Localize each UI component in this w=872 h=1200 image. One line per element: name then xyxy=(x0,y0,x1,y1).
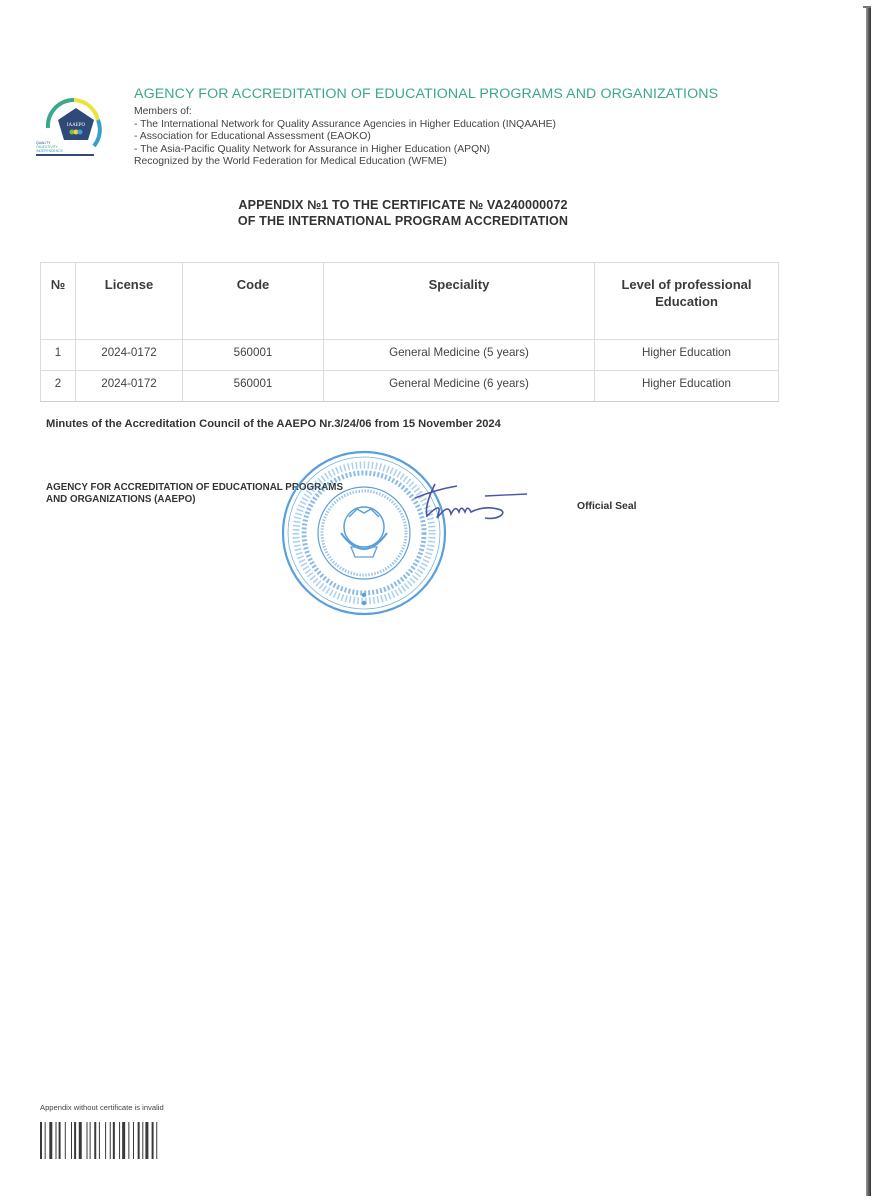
accreditation-table: № License Code Speciality Level of profe… xyxy=(40,262,779,402)
table-row: 2 2024-0172 560001 General Medicine (6 y… xyxy=(41,371,779,402)
title-line-2: OF THE INTERNATIONAL PROGRAM ACCREDITATI… xyxy=(0,214,806,230)
document-title: APPENDIX №1 TO THE CERTIFICATE № VA24000… xyxy=(0,198,806,229)
page-edge xyxy=(866,6,871,1196)
member-eaoko: - Association for Educational Assessment… xyxy=(134,131,556,144)
svg-text:IAAEPO: IAAEPO xyxy=(67,123,86,128)
handwritten-signature-icon xyxy=(405,478,535,528)
agency-title: AGENCY FOR ACCREDITATION OF EDUCATIONAL … xyxy=(134,86,718,102)
table-header-row: № License Code Speciality Level of profe… xyxy=(41,263,779,340)
member-inqaahe: - The International Network for Quality … xyxy=(134,119,556,132)
cell-speciality: General Medicine (6 years) xyxy=(324,371,595,402)
table-row: 1 2024-0172 560001 General Medicine (5 y… xyxy=(41,340,779,371)
official-seal-label: Official Seal xyxy=(577,501,636,512)
col-number: № xyxy=(41,263,76,340)
cell-code: 560001 xyxy=(183,340,324,371)
cell-speciality: General Medicine (5 years) xyxy=(324,340,595,371)
barcode-icon xyxy=(40,1122,192,1159)
members-label: Members of: xyxy=(134,106,556,119)
col-speciality: Speciality xyxy=(324,263,595,340)
cell-level: Higher Education xyxy=(595,340,779,371)
member-apqn: - The Asia-Pacific Quality Network for A… xyxy=(134,144,556,157)
cell-license: 2024-0172 xyxy=(76,371,183,402)
cell-number: 2 xyxy=(41,371,76,402)
recognition-wfme: Recognized by the World Federation for M… xyxy=(134,156,556,169)
validity-note: Appendix without certificate is invalid xyxy=(40,1103,164,1112)
cell-license: 2024-0172 xyxy=(76,340,183,371)
cell-number: 1 xyxy=(41,340,76,371)
col-level: Level of professional Education xyxy=(595,263,779,340)
council-minutes: Minutes of the Accreditation Council of … xyxy=(46,418,501,430)
official-stamp-icon xyxy=(279,447,449,619)
membership-info: Members of: - The International Network … xyxy=(134,106,556,169)
svg-text:INDEPENDENCE: INDEPENDENCE xyxy=(36,149,64,153)
page-edge-corner xyxy=(863,6,871,8)
col-license: License xyxy=(76,263,183,340)
col-code: Code xyxy=(183,263,324,340)
aaepo-logo-icon: IAAEPO QUALITY OBJECTIVITY INDEPENDENCE xyxy=(34,88,104,163)
cell-code: 560001 xyxy=(183,371,324,402)
cell-level: Higher Education xyxy=(595,371,779,402)
title-line-1: APPENDIX №1 TO THE CERTIFICATE № VA24000… xyxy=(0,198,806,214)
